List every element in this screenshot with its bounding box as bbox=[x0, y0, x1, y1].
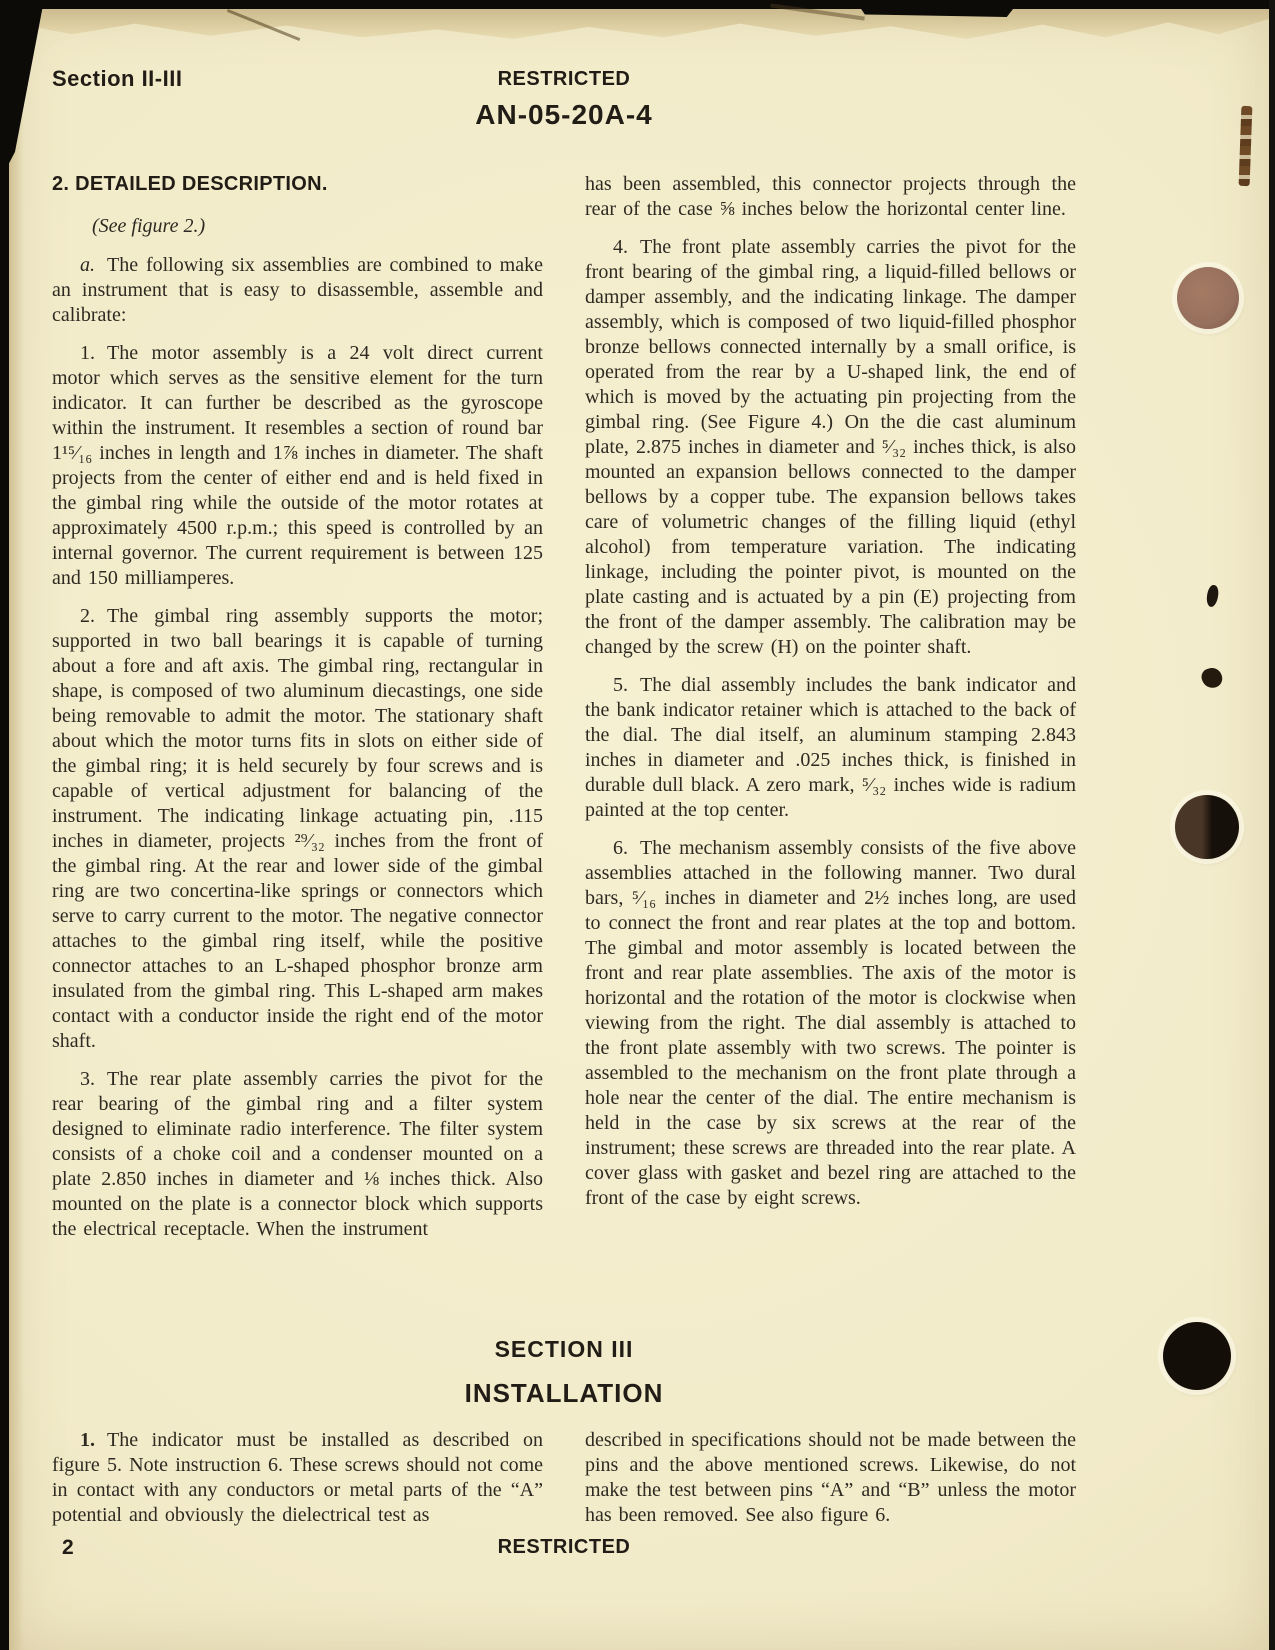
paragraph-lead: 2. bbox=[80, 605, 107, 627]
paragraph-text: The mechanism assembly consists of the f… bbox=[585, 837, 1076, 1209]
section-iii-heading: SECTION III bbox=[52, 1336, 1076, 1363]
punch-hole-middle bbox=[1175, 795, 1239, 859]
scan-edge-left bbox=[0, 0, 9, 1650]
scan-edge-right bbox=[1269, 0, 1275, 1650]
paragraph-a: a.The following six assemblies are combi… bbox=[52, 253, 543, 328]
installation-paragraph-continuation: described in specifications should not b… bbox=[585, 1428, 1076, 1528]
see-figure-note: (See figure 2.) bbox=[52, 214, 543, 239]
paragraph-lead: 1. bbox=[80, 342, 107, 364]
torn-notch-top bbox=[855, 0, 1020, 17]
paragraph-text: The dial assembly includes the bank indi… bbox=[585, 674, 1076, 821]
page-number: 2 bbox=[62, 1536, 74, 1560]
continuation-paragraph: has been assembled, this connector proje… bbox=[585, 172, 1076, 222]
paragraph-lead: 5. bbox=[613, 674, 640, 696]
right-column: has been assembled, this connector proje… bbox=[585, 172, 1076, 1242]
section-iii-block: SECTION III INSTALLATION bbox=[52, 1336, 1076, 1409]
paragraph-text: The front plate assembly carries the piv… bbox=[585, 236, 1076, 658]
installation-paragraph-1: 1.The indicator must be installed as des… bbox=[52, 1428, 543, 1528]
punch-hole-top bbox=[1177, 267, 1239, 329]
detailed-description-heading: 2. DETAILED DESCRIPTION. bbox=[52, 172, 543, 197]
paragraph-lead: 1. bbox=[80, 1429, 107, 1451]
installation-left-column: 1.The indicator must be installed as des… bbox=[52, 1428, 543, 1528]
paragraph-4: 4.The front plate assembly carries the p… bbox=[585, 235, 1076, 660]
paragraph-text: The indicator must be installed as descr… bbox=[52, 1429, 543, 1526]
paragraph-6: 6.The mechanism assembly consists of the… bbox=[585, 836, 1076, 1211]
paragraph-text: The rear plate assembly carries the pivo… bbox=[52, 1068, 543, 1240]
paragraph-lead: 6. bbox=[613, 837, 640, 859]
paragraph-3: 3.The rear plate assembly carries the pi… bbox=[52, 1067, 543, 1242]
paragraph-text: The following six assemblies are combine… bbox=[52, 254, 543, 326]
scanned-manual-page: Section II-III RESTRICTED AN-05-20A-4 2.… bbox=[0, 0, 1275, 1650]
punch-hole-bottom bbox=[1163, 1322, 1231, 1390]
installation-heading: INSTALLATION bbox=[52, 1378, 1076, 1409]
left-column: 2. DETAILED DESCRIPTION. (See figure 2.)… bbox=[52, 172, 543, 1242]
classification-header: RESTRICTED bbox=[52, 68, 1076, 91]
paragraph-lead: 3. bbox=[80, 1068, 107, 1090]
paragraph-lead: 4. bbox=[613, 236, 640, 258]
scan-edge-top bbox=[0, 0, 1275, 9]
paragraph-5: 5.The dial assembly includes the bank in… bbox=[585, 673, 1076, 823]
installation-columns: 1.The indicator must be installed as des… bbox=[52, 1428, 1076, 1528]
paragraph-2: 2.The gimbal ring assembly supports the … bbox=[52, 604, 543, 1054]
paragraph-1: 1.The motor assembly is a 24 volt direct… bbox=[52, 341, 543, 591]
paragraph-text: The gimbal ring assembly supports the mo… bbox=[52, 605, 543, 1052]
paragraph-text: The motor assembly is a 24 volt direct c… bbox=[52, 342, 543, 589]
main-columns: 2. DETAILED DESCRIPTION. (See figure 2.)… bbox=[52, 172, 1076, 1242]
paragraph-lead: a. bbox=[80, 254, 107, 276]
page-footer: 2 RESTRICTED bbox=[52, 1536, 1076, 1559]
installation-right-column: described in specifications should not b… bbox=[585, 1428, 1076, 1528]
classification-footer: RESTRICTED bbox=[52, 1536, 1076, 1559]
document-number: AN-05-20A-4 bbox=[52, 99, 1076, 131]
